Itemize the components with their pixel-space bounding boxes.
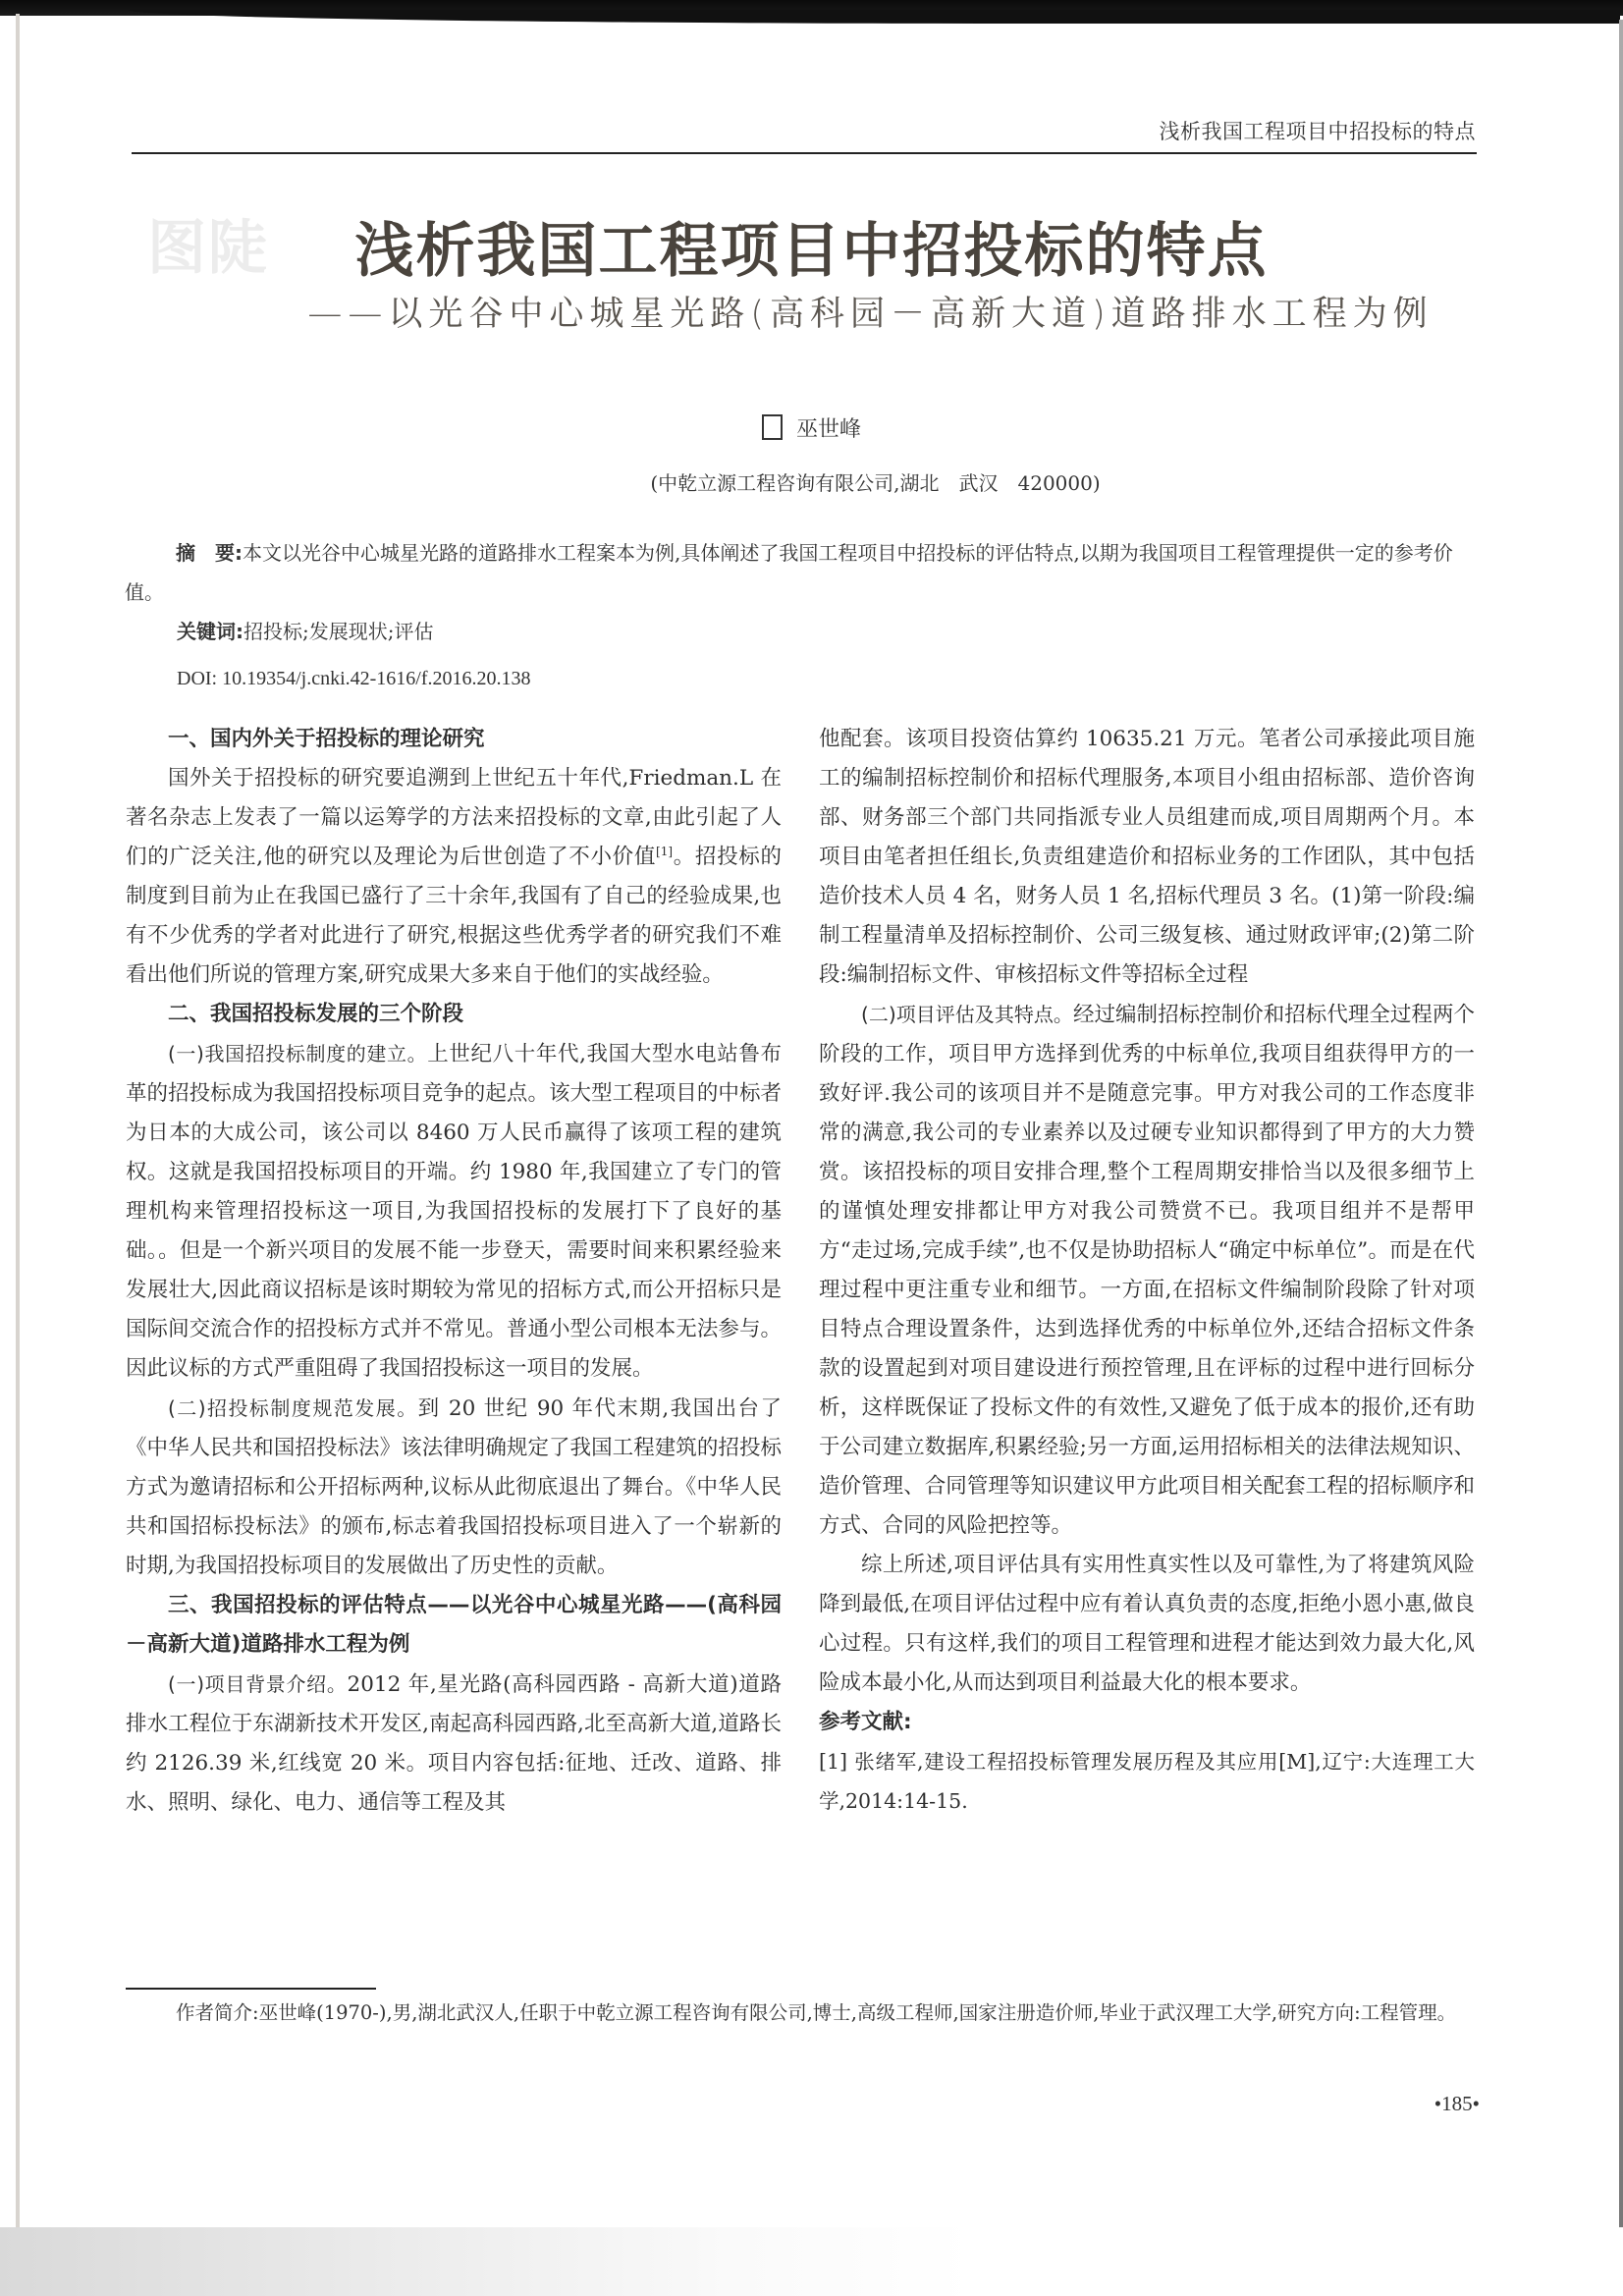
paragraph-conclusion: 综上所述,项目评估具有实用性真实性以及可靠性,为了将建筑风险降到最低,在项目评估… [819,1546,1475,1703]
paragraph: (一)我国招投标制度的建立。上世纪八十年代,我国大型水电站鲁布革的招投标成为我国… [126,1034,782,1389]
paragraph: (一)项目背景介绍。2012 年,星光路(高科园西路 - 高新大道)道路排水工程… [126,1665,782,1823]
subsection-lead: (二)项目评估及其特点。 [861,1003,1073,1026]
keywords-label: 关键词: [177,620,243,643]
citation-marker: [1] [656,845,673,858]
section-heading-3: 三、我国招投标的评估特点——以光谷中心城星光路——(高科园－高新大道)道路排水工… [126,1586,782,1665]
author-note-text: 巫世峰(1970-),男,湖北武汉人,任职于中乾立源工程咨询有限公司,博士,高级… [259,2001,1457,2024]
subsection-lead: (一)我国招投标制度的建立。 [168,1042,427,1066]
column-right: 他配套。该项目投资估算约 10635.21 万元。笔者公司承接此项目施工的编制招… [819,720,1475,1821]
paragraph: 国外关于招投标的研究要追溯到上世纪五十年代,Friedman.L 在著名杂志上发… [126,759,782,995]
paragraph-text: 到 20 世纪 90 年代末期,我国出台了《中华人民共和国招投标法》该法律明确规… [126,1396,782,1578]
author-box-icon [762,414,783,440]
scan-bottom-margin [0,2227,1623,2296]
running-head: 浅析我国工程项目中招投标的特点 [1160,116,1477,145]
page-number: •185• [1434,2092,1480,2116]
header-rule [132,152,1477,154]
subsection-lead: (二)招投标制度规范发展。 [168,1396,418,1420]
reference-item: [1] 张绪军,建设工程招投标管理发展历程及其应用[M],辽宁:大连理工大学,2… [819,1742,1475,1821]
abstract-label: 摘 要: [176,541,243,565]
scan-left-edge [16,14,20,2233]
abstract: 摘 要:本文以光谷中心城星光路的道路排水工程案本为例,具体阐述了我国工程项目中招… [125,533,1475,612]
paragraph-text: 上世纪八十年代,我国大型水电站鲁布革的招投标成为我国招投标项目竞争的起点。该大型… [126,1042,782,1381]
author-name: 巫世峰 [796,417,861,442]
article-subtitle: ——以光谷中心城星光路(高科园－高新大道)道路排水工程为例 [0,287,1623,336]
doi: DOI: 10.19354/j.cnki.42-1616/f.2016.20.1… [177,668,531,690]
author-line: 巫世峰 [0,412,1623,443]
scan-right-edge [1619,20,1623,2278]
author-note: 作者简介:巫世峰(1970-),男,湖北武汉人,任职于中乾立源工程咨询有限公司,… [125,1994,1475,2033]
article-title: 浅析我国工程项目中招投标的特点 [0,204,1623,289]
paragraph-continued: 他配套。该项目投资估算约 10635.21 万元。笔者公司承接此项目施工的编制招… [819,720,1475,995]
paragraph: (二)项目评估及其特点。经过编制招标控制价和招标代理全过程两个阶段的工作，项目甲… [819,995,1475,1546]
affiliation: (中乾立源工程咨询有限公司,湖北 武汉 420000) [0,467,1623,496]
footnote-rule [126,1988,376,1990]
section-heading-1: 一、国内外关于招投标的理论研究 [126,720,782,759]
section-heading-2: 二、我国招投标发展的三个阶段 [126,995,782,1034]
abstract-text: 本文以光谷中心城星光路的道路排水工程案本为例,具体阐述了我国工程项目中招投标的评… [125,541,1453,604]
keywords-text: 招投标;发展现状;评估 [243,620,433,643]
references-heading: 参考文献: [819,1703,1475,1742]
subsection-lead: (一)项目背景介绍。 [168,1672,348,1696]
scan-page-curl [128,10,1620,24]
column-left: 一、国内外关于招投标的理论研究 国外关于招投标的研究要追溯到上世纪五十年代,Fr… [126,720,782,1823]
keywords: 关键词:招投标;发展现状;评估 [177,616,433,644]
author-note-label: 作者简介: [176,2001,259,2024]
paragraph-text: 经过编制招标控制价和招标代理全过程两个阶段的工作，项目甲方选择到优秀的中标单位,… [819,1003,1475,1538]
paragraph: (二)招投标制度规范发展。到 20 世纪 90 年代末期,我国出台了《中华人民共… [126,1389,782,1586]
